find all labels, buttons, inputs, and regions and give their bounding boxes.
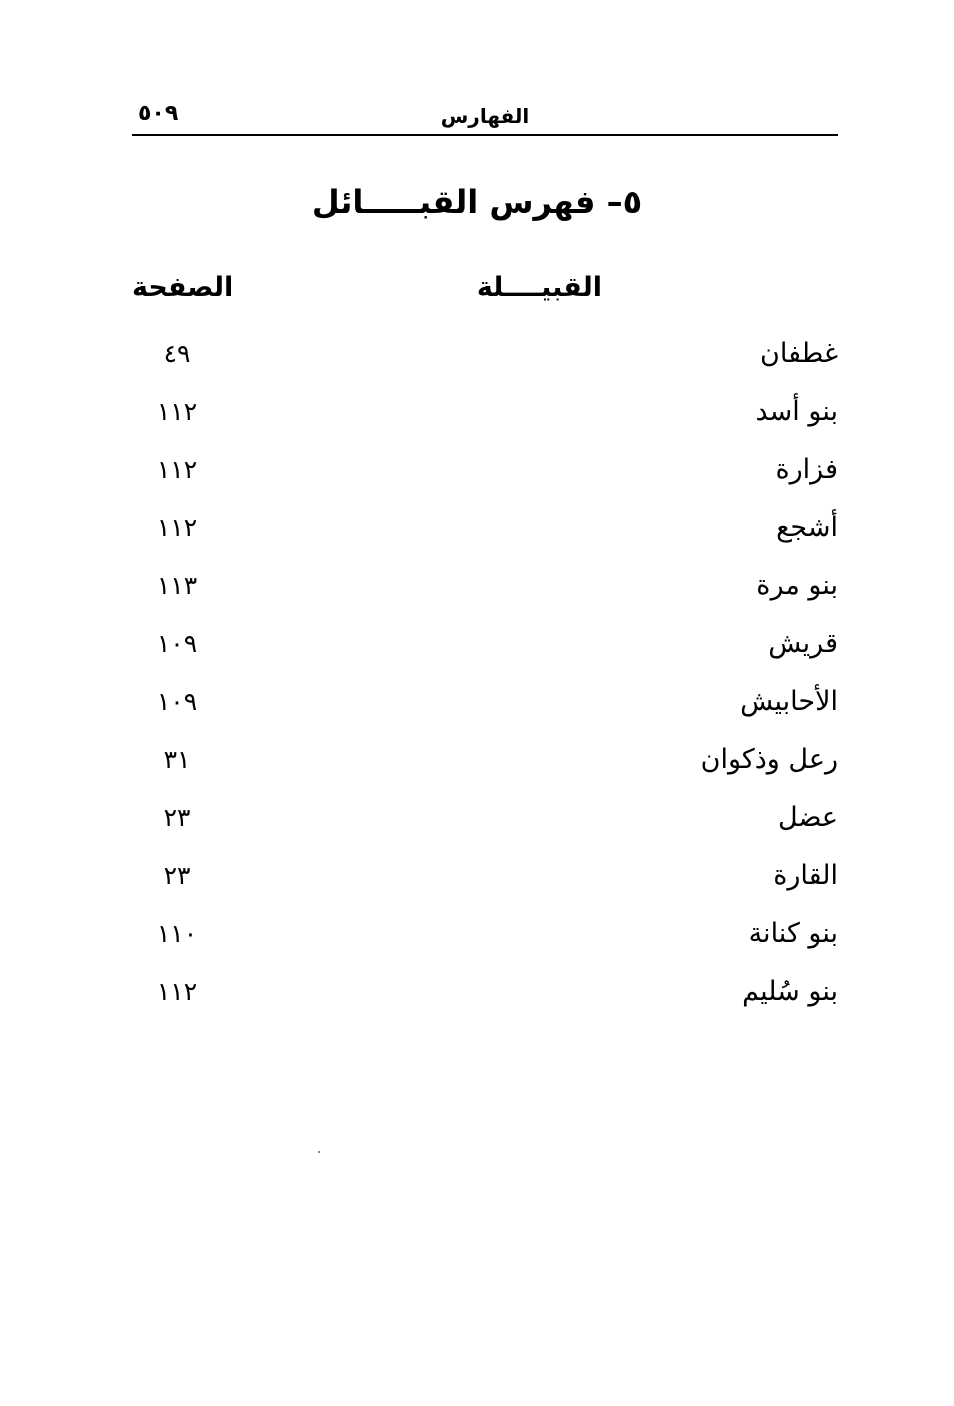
tribe-name: قريش: [768, 622, 838, 666]
tribe-page-ref: ١٠٩: [132, 622, 222, 666]
index-row: بنو أسد ١١٢: [132, 390, 838, 448]
index-row: القارة ٢٣: [132, 854, 838, 912]
column-header-tribe: القبيــــلة: [477, 268, 602, 308]
tribe-page-ref: ١١٢: [132, 506, 222, 550]
tribe-name: فزارة: [776, 448, 839, 492]
index-row: رعل وذكوان ٣١: [132, 738, 838, 796]
running-title: الفهارس: [132, 104, 838, 128]
tribe-name: الأحابيش: [740, 680, 838, 724]
index-row: بنو سُليم ١١٢: [132, 970, 838, 1028]
tribe-index-list: غطفان ٤٩ بنو أسد ١١٢ فزارة ١١٢ أشجع ١١٢ …: [132, 332, 838, 1028]
tribe-name: عضل: [778, 796, 838, 840]
index-row: قريش ١٠٩: [132, 622, 838, 680]
tribe-page-ref: ١١٣: [132, 564, 222, 608]
tribe-page-ref: ٤٩: [132, 332, 222, 376]
index-row: بنو كنانة ١١٠: [132, 912, 838, 970]
tribe-name: بنو مرة: [756, 564, 838, 608]
tribe-name: أشجع: [776, 506, 838, 550]
tribe-name: بنو سُليم: [742, 970, 838, 1014]
tribe-name: رعل وذكوان: [701, 738, 838, 782]
section-title: ٥– فهرس القبـــــائل: [0, 180, 954, 224]
index-row: عضل ٢٣: [132, 796, 838, 854]
index-row: أشجع ١١٢: [132, 506, 838, 564]
tribe-name: غطفان: [760, 332, 838, 376]
index-row: غطفان ٤٩: [132, 332, 838, 390]
tribe-name: القارة: [773, 854, 838, 898]
tribe-page-ref: ١١٢: [132, 970, 222, 1014]
index-row: بنو مرة ١١٣: [132, 564, 838, 622]
tribe-page-ref: ١٠٩: [132, 680, 222, 724]
tribe-page-ref: ٢٣: [132, 796, 222, 840]
tribe-page-ref: ٢٣: [132, 854, 222, 898]
tribe-name: بنو أسد: [756, 390, 839, 434]
scan-speck: [318, 1151, 320, 1153]
page-number: ٥٠٩: [138, 102, 178, 126]
tribe-name: بنو كنانة: [749, 912, 838, 956]
column-header-page: الصفحة: [132, 268, 233, 308]
index-row: فزارة ١١٢: [132, 448, 838, 506]
tribe-page-ref: ٣١: [132, 738, 222, 782]
tribe-page-ref: ١١٠: [132, 912, 222, 956]
column-headers: القبيــــلة الصفحة: [132, 268, 838, 312]
index-row: الأحابيش ١٠٩: [132, 680, 838, 738]
tribe-page-ref: ١١٢: [132, 448, 222, 492]
page-header: الفهارس ٥٠٩: [132, 100, 838, 136]
tribe-page-ref: ١١٢: [132, 390, 222, 434]
